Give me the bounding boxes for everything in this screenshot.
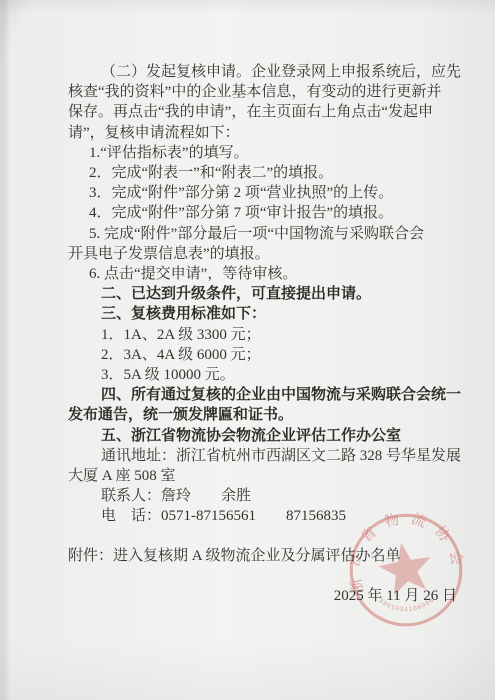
letter-line: 4．完成“附件”部分第 7 项“审计报告”的填报。 <box>68 203 460 223</box>
letter-line: 1．1A、2A 级 3300 元； <box>68 325 460 345</box>
letter-line: 请”，复核申请流程如下： <box>68 123 460 143</box>
attachment-line: 附件：进入复核期 A 级物流企业及分属评估办名单 <box>68 546 460 566</box>
letter-line: 2．3A、4A 级 6000 元； <box>68 345 460 365</box>
contact-phone-line: 电 话：0571-87156561 87156835 <box>68 506 460 526</box>
letter-line: 5. 完成“附件”部分最后一项“中国物流与采购联合会 <box>68 224 460 244</box>
letter-line: 6. 点击“提交申请”，等待审核。 <box>68 264 460 284</box>
contact-address-line: 大厦 A 座 508 室 <box>68 466 460 486</box>
letter-line: 保存。再点击“我的申请”，在主页面右上角点击“发起申 <box>68 102 460 122</box>
date-line: 2025 年 11 月 26 日 <box>68 586 460 606</box>
letter-line: 1.“评估指标表”的填写。 <box>68 143 460 163</box>
contact-person-line: 联系人：詹玲 余胜 <box>68 486 460 506</box>
document-page: （二）发起复核申请。企业登录网上申报系统后，应先 核查“我的资料”中的企业基本信… <box>0 0 495 700</box>
letter-line: （二）发起复核申请。企业登录网上申报系统后，应先 <box>68 62 460 82</box>
section-heading-line: 五、浙江省物流协会物流企业评估工作办公室 <box>68 426 460 446</box>
contact-address-line: 通讯地址：浙江省杭州市西湖区文二路 328 号华星发展 <box>68 446 460 466</box>
letter-line: 3．5A 级 10000 元。 <box>68 365 460 385</box>
letter-line: 开具电子发票信息表”的填报。 <box>68 244 460 264</box>
letter-line: 3．完成“附件”部分第 2 项“营业执照”的上传。 <box>68 183 460 203</box>
section-heading-line: 三、复核费用标准如下： <box>68 304 460 324</box>
letter-body: （二）发起复核申请。企业登录网上申报系统后，应先 核查“我的资料”中的企业基本信… <box>68 62 460 606</box>
section-heading-line: 四、所有通过复核的企业由中国物流与采购联合会统一 <box>68 385 460 405</box>
section-heading-line: 二、已达到升级条件，可直接提出申请。 <box>68 284 460 304</box>
letter-line: 核查“我的资料”中的企业基本信息，有变动的进行更新并 <box>68 82 460 102</box>
section-heading-line: 发布通告，统一颁发牌匾和证书。 <box>68 405 460 425</box>
letter-line: 2．完成“附表一”和“附表二”的填报。 <box>68 163 460 183</box>
